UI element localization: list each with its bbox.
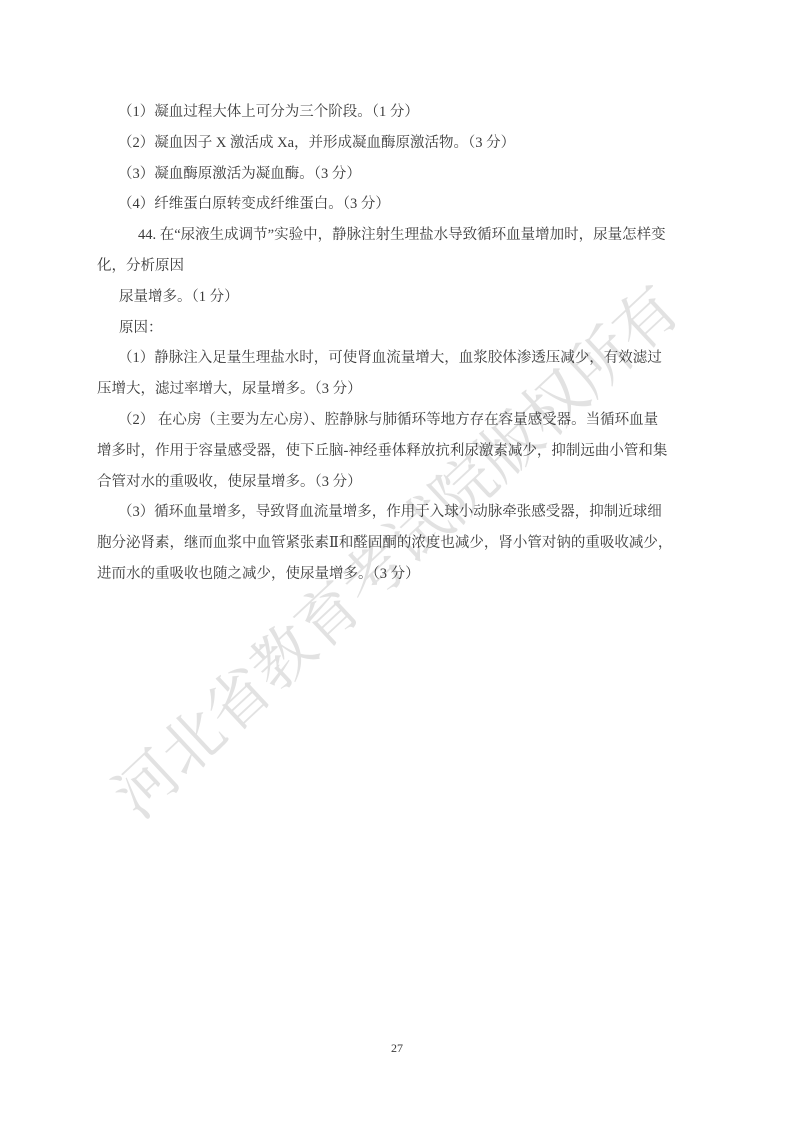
page-footer: 27: [0, 1040, 794, 1056]
answer-43-item-2: （2）凝血因子 X 激活成 Xa，并形成凝血酶原激活物。（3 分）: [97, 128, 697, 159]
reason-2-line-1: （2） 在心房（主要为左心房）、腔静脉与肺循环等地方存在容量感受器。当循环血量: [97, 405, 697, 436]
reason-3-line-2: 胞分泌肾素，继而血浆中血管紧张素Ⅱ和醛固酮的浓度也减少，肾小管对钠的重吸收减少，: [97, 528, 697, 559]
reason-1-line-2: 压增大，滤过率增大，尿量增多。（3 分）: [97, 374, 697, 405]
answer-43-item-1: （1）凝血过程大体上可分为三个阶段。（1 分）: [97, 97, 697, 128]
reason-1-line-1: （1）静脉注入足量生理盐水时，可使肾血流量增大，血浆胶体渗透压减少，有效滤过: [97, 343, 697, 374]
page-number: 27: [391, 1041, 403, 1055]
reason-2-line-2: 增多时，作用于容量感受器，使下丘脑-神经垂体释放抗利尿激素减少，抑制远曲小管和集: [97, 436, 697, 467]
reason-2-line-3: 合管对水的重吸收，使尿量增多。（3 分）: [97, 467, 697, 498]
question-44-line-2: 化，分析原因: [97, 251, 697, 282]
document-page: 河北省教育考试院版权所有 （1）凝血过程大体上可分为三个阶段。（1 分） （2）…: [0, 0, 794, 1123]
answer-43-item-3: （3）凝血酶原激活为凝血酶。（3 分）: [97, 159, 697, 190]
question-44-line-1: 44. 在“尿液生成调节”实验中，静脉注射生理盐水导致循环血量增加时，尿量怎样变: [97, 220, 697, 251]
reason-heading: 原因：: [97, 313, 697, 344]
reason-3-line-3: 进而水的重吸收也随之减少，使尿量增多。（3 分）: [97, 559, 697, 590]
reason-3-line-1: （3）循环血量增多，导致肾血流量增多，作用于入球小动脉牵张感受器，抑制近球细: [97, 497, 697, 528]
answer-43-item-4: （4）纤维蛋白原转变成纤维蛋白。（3 分）: [97, 189, 697, 220]
answer-44-summary: 尿量增多。（1 分）: [97, 282, 697, 313]
answer-text-block: （1）凝血过程大体上可分为三个阶段。（1 分） （2）凝血因子 X 激活成 Xa…: [97, 97, 697, 590]
